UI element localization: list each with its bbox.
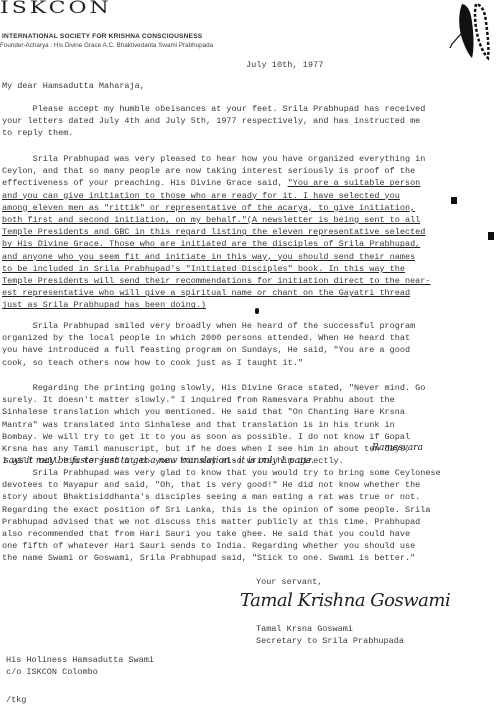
signer-name: Tamal Krsna Goswami <box>256 623 404 635</box>
margin-mark-top <box>451 197 457 204</box>
paragraph-3: Srila Prabhupad smiled very broadly when… <box>2 320 480 369</box>
paragraph-2-underlined-quote: "You are a suitable person and you can g… <box>2 178 430 310</box>
signer-block: Tamal Krsna Goswami Secretary to Srila P… <box>256 623 404 647</box>
handwritten-note-2: says it may be faster just to get a new … <box>4 456 314 466</box>
founder-line: Founder-Acharya : His Divine Grace A.C. … <box>0 42 213 49</box>
signer-title: Secretary to Srila Prabhupada <box>256 635 404 647</box>
signature: Tamal Krishna Goswami <box>240 590 450 611</box>
recipient-address: c/o ISKCON Colombo <box>6 666 154 678</box>
handwritten-note-1: Ramesvara <box>372 443 423 453</box>
logo-wordmark: ISKCON <box>0 0 112 17</box>
paragraph-2: Srila Prabhupad was very pleased to hear… <box>2 153 480 312</box>
deity-feet-emblem-icon <box>440 0 500 62</box>
salutation: My dear Hamsadutta Maharaja, <box>2 80 480 92</box>
paragraph-1: Please accept my humble obeisances at yo… <box>2 103 480 140</box>
paragraph-4: Regarding the printing going slowly, His… <box>2 382 480 467</box>
recipient-name: His Holiness Hamsadutta Swami <box>6 654 154 666</box>
letter-date: July 10th, 1977 <box>246 60 323 70</box>
reference-initials: /tkg <box>6 695 26 705</box>
organization-name: INTERNATIONAL SOCIETY FOR KRISHNA CONSCI… <box>2 33 202 40</box>
recipient-block: His Holiness Hamsadutta Swami c/o ISKCON… <box>6 654 154 678</box>
margin-mark-right <box>488 232 494 240</box>
paragraph-5: Srila Prabhupad was very glad to know th… <box>2 467 480 565</box>
margin-mark-bottom <box>255 308 259 314</box>
closing: Your servant, <box>256 577 322 587</box>
